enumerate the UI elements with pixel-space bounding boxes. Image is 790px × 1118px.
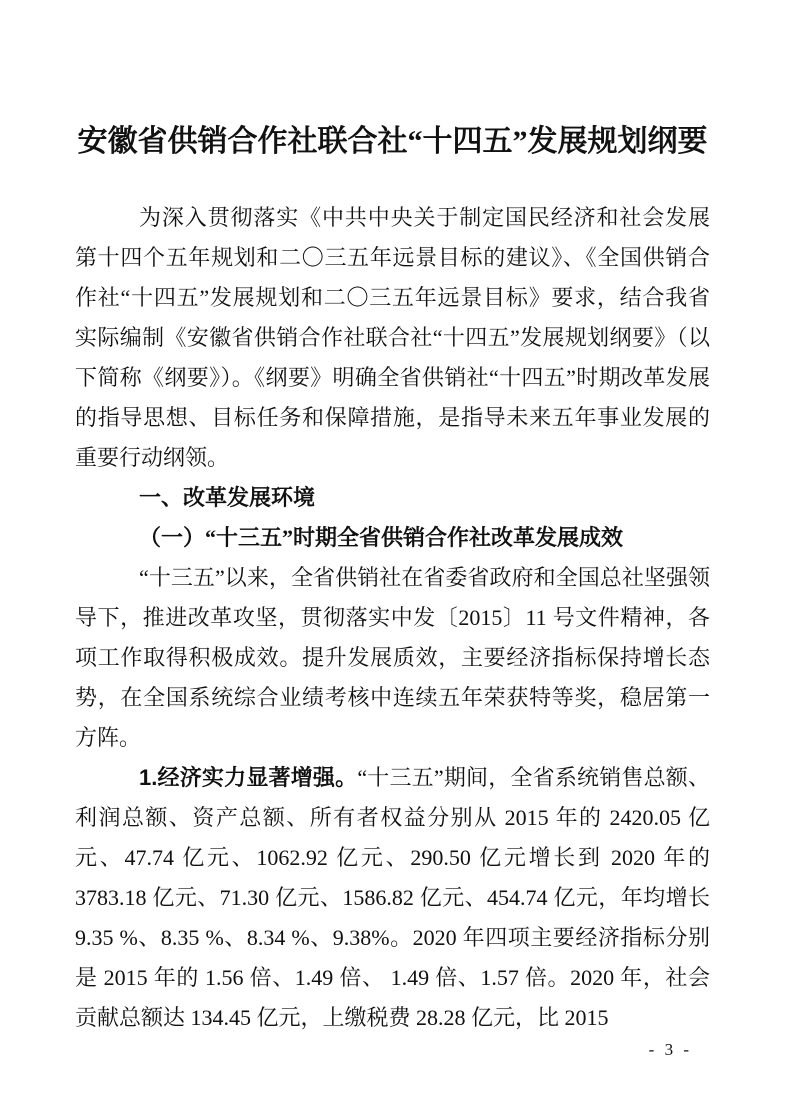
document-title: 安徽省供销合作社联合社“十四五”发展规划纲要 [75, 124, 710, 160]
page-number: - 3 - [649, 1040, 692, 1060]
item-1-label: 1.经济实力显著增强。 [139, 765, 357, 790]
document-page: 安徽省供销合作社联合社“十四五”发展规划纲要 为深入贯彻落实《中共中央关于制定国… [0, 0, 790, 1118]
chapter-1-heading: 一、改革发展环境 [75, 478, 710, 518]
item-1-text: “十三五”期间，全省系统销售总额、利润总额、资产总额、所有者权益分别从 2015… [75, 765, 710, 1030]
intro-paragraph: 为深入贯彻落实《中共中央关于制定国民经济和社会发展第十四个五年规划和二〇三五年远… [75, 198, 710, 478]
economic-strength-paragraph: 1.经济实力显著增强。“十三五”期间，全省系统销售总额、利润总额、资产总额、所有… [75, 758, 710, 1038]
section-1-overview-paragraph: “十三五”以来，全省供销社在省委省政府和全国总社坚强领导下，推进改革攻坚，贯彻落… [75, 558, 710, 758]
section-1-heading: （一）“十三五”时期全省供销合作社改革发展成效 [75, 518, 710, 558]
